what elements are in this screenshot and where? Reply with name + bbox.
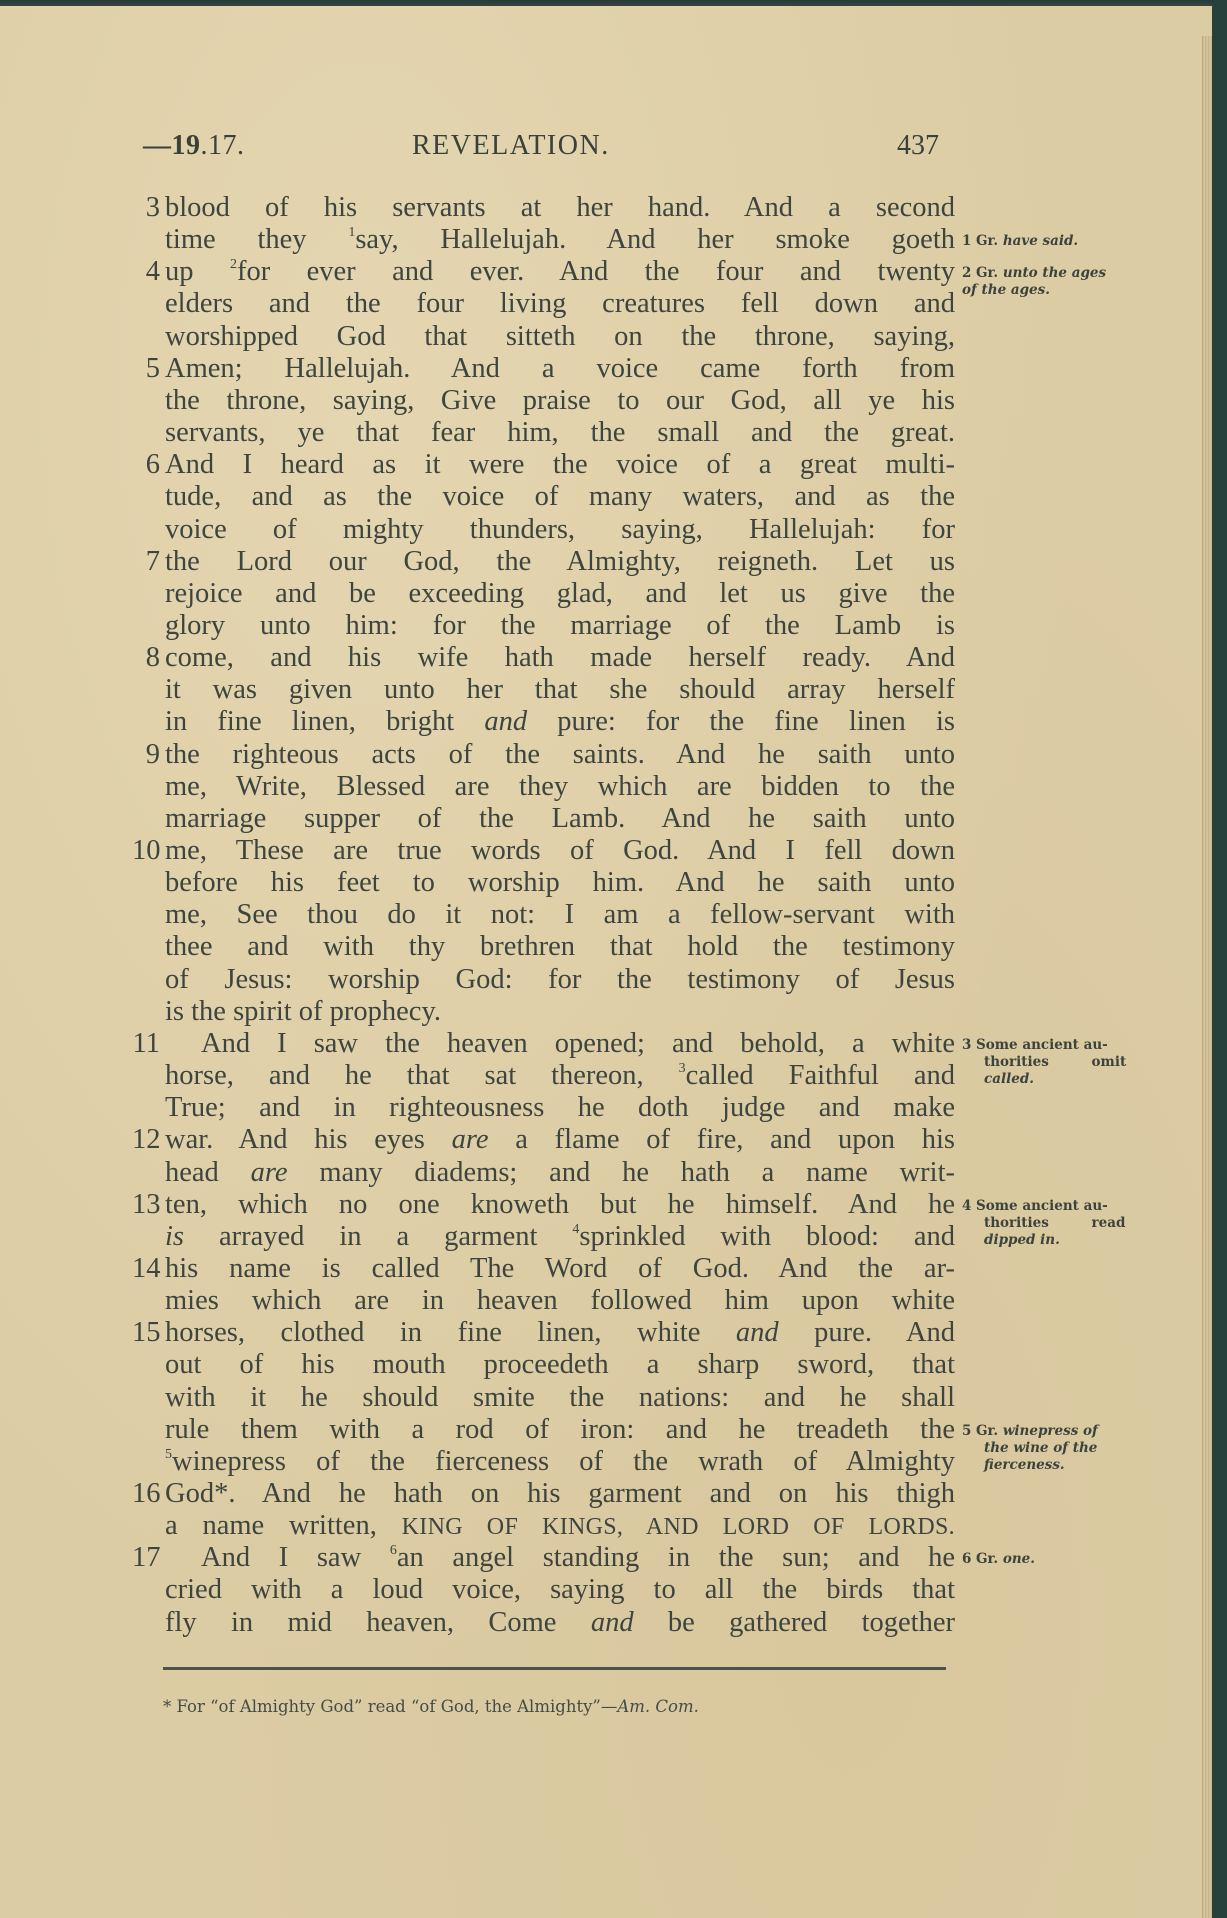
verse-text: me, Write, Blessed are they which are bi… [165, 771, 955, 803]
italic-supplied-word: and [484, 706, 527, 737]
book-cover-right-edge [1213, 0, 1227, 1918]
verse-number: 4 [132, 256, 160, 288]
italic-supplied-word: is [165, 1221, 184, 1252]
margin-note-continuation: called. [962, 1071, 1142, 1088]
margin-note-prefix: Gr. [976, 1423, 1003, 1439]
chapter-number: —19 [143, 130, 201, 161]
italic-supplied-word: are [251, 1157, 288, 1188]
verse-text: God*. And he hath on his garment and on … [165, 1478, 955, 1510]
verse-text: with it he should smite the nations: and… [165, 1382, 955, 1414]
footnote-reference: 6 [390, 1543, 397, 1558]
verse-number: 8 [132, 642, 160, 674]
book-title: REVELATION. [412, 130, 610, 162]
verse-text: a name written, KING OF KINGS, AND LORD … [165, 1510, 955, 1543]
verse-text: rule them with a rod of iron: and he tre… [165, 1414, 955, 1446]
footnote-reference: 4 [572, 1222, 579, 1237]
margin-note-number: 2 [962, 265, 976, 282]
margin-note-text: thorities omit [962, 1054, 1142, 1071]
margin-note-continuation: dipped in. [962, 1232, 1142, 1249]
footnote-reference: 2 [230, 257, 237, 272]
verse-number: 3 [132, 192, 160, 224]
verse-text: head are many diadems; and he hath a nam… [165, 1157, 955, 1189]
verse-text: of Jesus: worship God: for the testimony… [165, 964, 955, 996]
footnote: * For “of Almighty God” read “of God, th… [163, 1692, 953, 1722]
margin-note-prefix: Gr. [976, 1551, 1003, 1567]
verse-text: servants, ye that fear him, the small an… [165, 417, 955, 449]
verse-text: marriage supper of the Lamb. And he sait… [165, 803, 955, 835]
verse-text: is the spirit of prophecy. [165, 996, 955, 1028]
verse-text: in fine linen, bright and pure: for the … [165, 706, 955, 738]
verse-text: horse, and he that sat thereon, 3called … [165, 1060, 955, 1092]
verse-number: 15 [132, 1317, 160, 1349]
verse-text: rejoice and be exceeding glad, and let u… [165, 578, 955, 610]
verse-number: 16 [132, 1478, 160, 1510]
verse-text: ten, which no one knoweth but he himself… [165, 1189, 955, 1221]
verse-text: And I saw 6an angel standing in the sun;… [165, 1542, 955, 1574]
footnote-divider [163, 1667, 946, 1670]
verse-text: worshipped God that sitteth on the thron… [165, 321, 955, 353]
italic-supplied-word: are [452, 1124, 489, 1155]
margin-note-continuation: the wine of the fierceness. [962, 1440, 1142, 1474]
verse-text: elders and the four living creatures fel… [165, 288, 955, 320]
verse-text: out of his mouth proceedeth a sharp swor… [165, 1349, 955, 1381]
margin-note-number: 1 [962, 233, 976, 250]
verse-number: 7 [132, 546, 160, 578]
verse-number: 6 [132, 449, 160, 481]
verse-text: his name is called The Word of God. And … [165, 1253, 955, 1285]
margin-note-prefix: Gr. [976, 233, 1003, 249]
verse-text: And I saw the heaven opened; and behold,… [165, 1028, 955, 1060]
margin-note-text: have said. [1003, 233, 1078, 249]
verse-text: horses, clothed in fine linen, white and… [165, 1317, 955, 1349]
verse-text: me, See thou do it not: I am a fellow-se… [165, 899, 955, 931]
verse-number: 5 [132, 353, 160, 385]
italic-supplied-word: and [591, 1607, 634, 1638]
verse-text: blood of his servants at her hand. And a… [165, 192, 955, 224]
margin-note-prefix: Some ancient au- [976, 1198, 1108, 1214]
footnote-reference: 5 [165, 1447, 172, 1462]
verse-text: up 2for ever and ever. And the four and … [165, 256, 955, 288]
verse-text: the righteous acts of the saints. And he… [165, 739, 955, 771]
verse-number: 11 [132, 1028, 160, 1060]
page-number: 437 [897, 130, 939, 162]
verse-number: 10 [132, 835, 160, 867]
verse-text: war. And his eyes are a flame of fire, a… [165, 1124, 955, 1156]
verse-text: cried with a loud voice, saying to all t… [165, 1574, 955, 1606]
verse-number: 17 [132, 1542, 160, 1574]
verse-text: glory unto him: for the marriage of the … [165, 610, 955, 642]
chapter-verse-reference: —19.17. [143, 130, 245, 162]
verse-text: True; and in righteousness he doth judge… [165, 1092, 955, 1124]
verse-text: And I heard as it were the voice of a gr… [165, 449, 955, 481]
verse-text: voice of mighty thunders, saying, Hallel… [165, 514, 955, 546]
verse-text: before his feet to worship him. And he s… [165, 867, 955, 899]
italic-supplied-word: and [736, 1317, 779, 1348]
footnote-reference: 3 [679, 1061, 686, 1076]
verse-text: come, and his wife hath made herself rea… [165, 642, 955, 674]
margin-note: 2Gr. unto the ages of the ages. [962, 265, 1122, 299]
verse-number: 14 [132, 1253, 160, 1285]
verse-number: 9 [132, 739, 160, 771]
verse-text: is arrayed in a garment 4sprinkled with … [165, 1221, 955, 1253]
verse-text: thee and with thy brethren that hold the… [165, 931, 955, 963]
verse-text: mies which are in heaven followed him up… [165, 1285, 955, 1317]
footnote-marker: * [163, 1697, 171, 1716]
margin-note-number: 5 [962, 1423, 976, 1440]
small-caps-title: KING OF KINGS, AND LORD OF LORDS. [402, 1514, 955, 1540]
book-page: —19.17. REVELATION. 437 3blood of his se… [0, 6, 1212, 1918]
footnote-reference: 1 [348, 225, 355, 240]
margin-note-number: 6 [962, 1551, 976, 1568]
margin-note: 5Gr. winepress ofthe wine of the fiercen… [962, 1423, 1142, 1474]
margin-note-prefix: Gr. [976, 265, 1003, 281]
running-header: —19.17. REVELATION. 437 [0, 130, 1000, 170]
margin-note: 3Some ancient au- thorities omitcalled. [962, 1037, 1142, 1088]
verse-text: time they 1say, Hallelujah. And her smok… [165, 224, 955, 256]
verse-text: the Lord our God, the Almighty, reigneth… [165, 546, 955, 578]
margin-note: 1Gr. have said. [962, 233, 1142, 250]
page-stack-edges [1202, 36, 1212, 1918]
verse-text: it was given unto her that she should ar… [165, 674, 955, 706]
margin-note-text: thorities read [962, 1215, 1142, 1232]
verse-text: fly in mid heaven, Come and be gathered … [165, 1607, 955, 1639]
margin-note: 6Gr. one. [962, 1551, 1142, 1568]
footnote-attribution: Am. Com. [617, 1697, 699, 1716]
verse-number: .17. [201, 130, 245, 161]
margin-note: 4Some ancient au- thorities readdipped i… [962, 1198, 1142, 1249]
margin-note-text: one. [1003, 1551, 1035, 1567]
footnote-text: For “of Almighty God” read “of God, the … [177, 1697, 618, 1716]
margin-note-text: winepress of [1003, 1423, 1098, 1439]
verse-text: me, These are true words of God. And I f… [165, 835, 955, 867]
verse-number: 12 [132, 1124, 160, 1156]
margin-note-number: 3 [962, 1037, 976, 1054]
verse-number: 13 [132, 1189, 160, 1221]
margin-note-prefix: Some ancient au- [976, 1037, 1108, 1053]
verse-text: tude, and as the voice of many waters, a… [165, 481, 955, 513]
margin-note-number: 4 [962, 1198, 976, 1215]
verse-text: 5winepress of the fierceness of the wrat… [165, 1446, 955, 1478]
verse-text: Amen; Hallelujah. And a voice came forth… [165, 353, 955, 385]
verse-text: the throne, saying, Give praise to our G… [165, 385, 955, 417]
